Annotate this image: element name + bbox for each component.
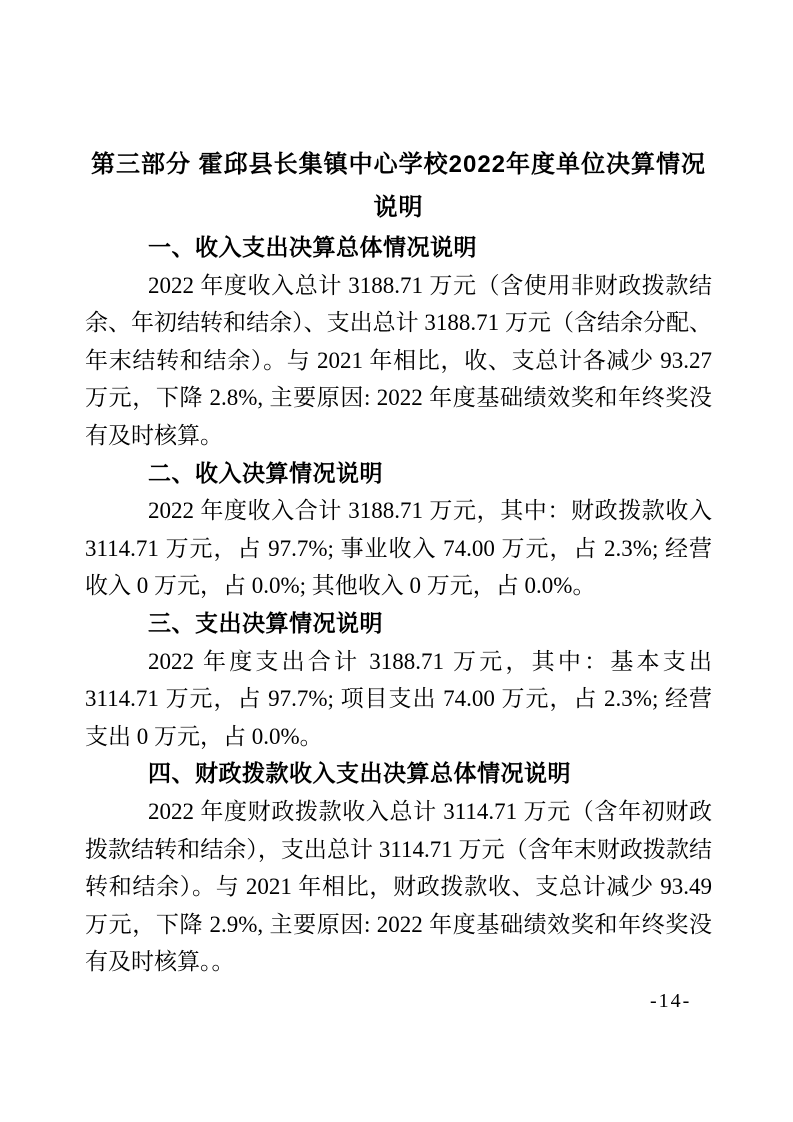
section-income-expenditure-overview: 一、收入支出决算总体情况说明 2022 年度收入总计 3188.71 万元（含使… — [85, 229, 712, 455]
document-title-line2: 说明 — [85, 186, 712, 229]
section-1-paragraph: 2022 年度收入总计 3188.71 万元（含使用非财政拨款结余、年初结转和结… — [85, 267, 712, 455]
section-2-paragraph: 2022 年度收入合计 3188.71 万元，其中：财政拨款收入 3114.71… — [85, 492, 712, 605]
section-4-paragraph: 2022 年度财政拨款收入总计 3114.71 万元（含年初财政拨款结转和结余）… — [85, 793, 712, 981]
section-4-heading: 四、财政拨款收入支出决算总体情况说明 — [85, 755, 712, 793]
document-page: 第三部分 霍邱县长集镇中心学校2022年度单位决算情况 说明 一、收入支出决算总… — [0, 0, 793, 1122]
section-1-heading: 一、收入支出决算总体情况说明 — [85, 229, 712, 267]
section-2-heading: 二、收入决算情况说明 — [85, 455, 712, 493]
section-3-heading: 三、支出决算情况说明 — [85, 605, 712, 643]
section-income-details: 二、收入决算情况说明 2022 年度收入合计 3188.71 万元，其中：财政拨… — [85, 455, 712, 605]
document-title-line1: 第三部分 霍邱县长集镇中心学校2022年度单位决算情况 — [85, 143, 712, 186]
section-expenditure-details: 三、支出决算情况说明 2022 年度支出合计 3188.71 万元，其中：基本支… — [85, 605, 712, 755]
section-fiscal-appropriation-overview: 四、财政拨款收入支出决算总体情况说明 2022 年度财政拨款收入总计 3114.… — [85, 755, 712, 981]
document-title: 第三部分 霍邱县长集镇中心学校2022年度单位决算情况 说明 — [85, 143, 712, 229]
document-content: 第三部分 霍邱县长集镇中心学校2022年度单位决算情况 说明 一、收入支出决算总… — [85, 143, 712, 981]
section-3-paragraph: 2022 年度支出合计 3188.71 万元，其中：基本支出 3114.71 万… — [85, 643, 712, 756]
page-number: -14- — [650, 990, 691, 1013]
